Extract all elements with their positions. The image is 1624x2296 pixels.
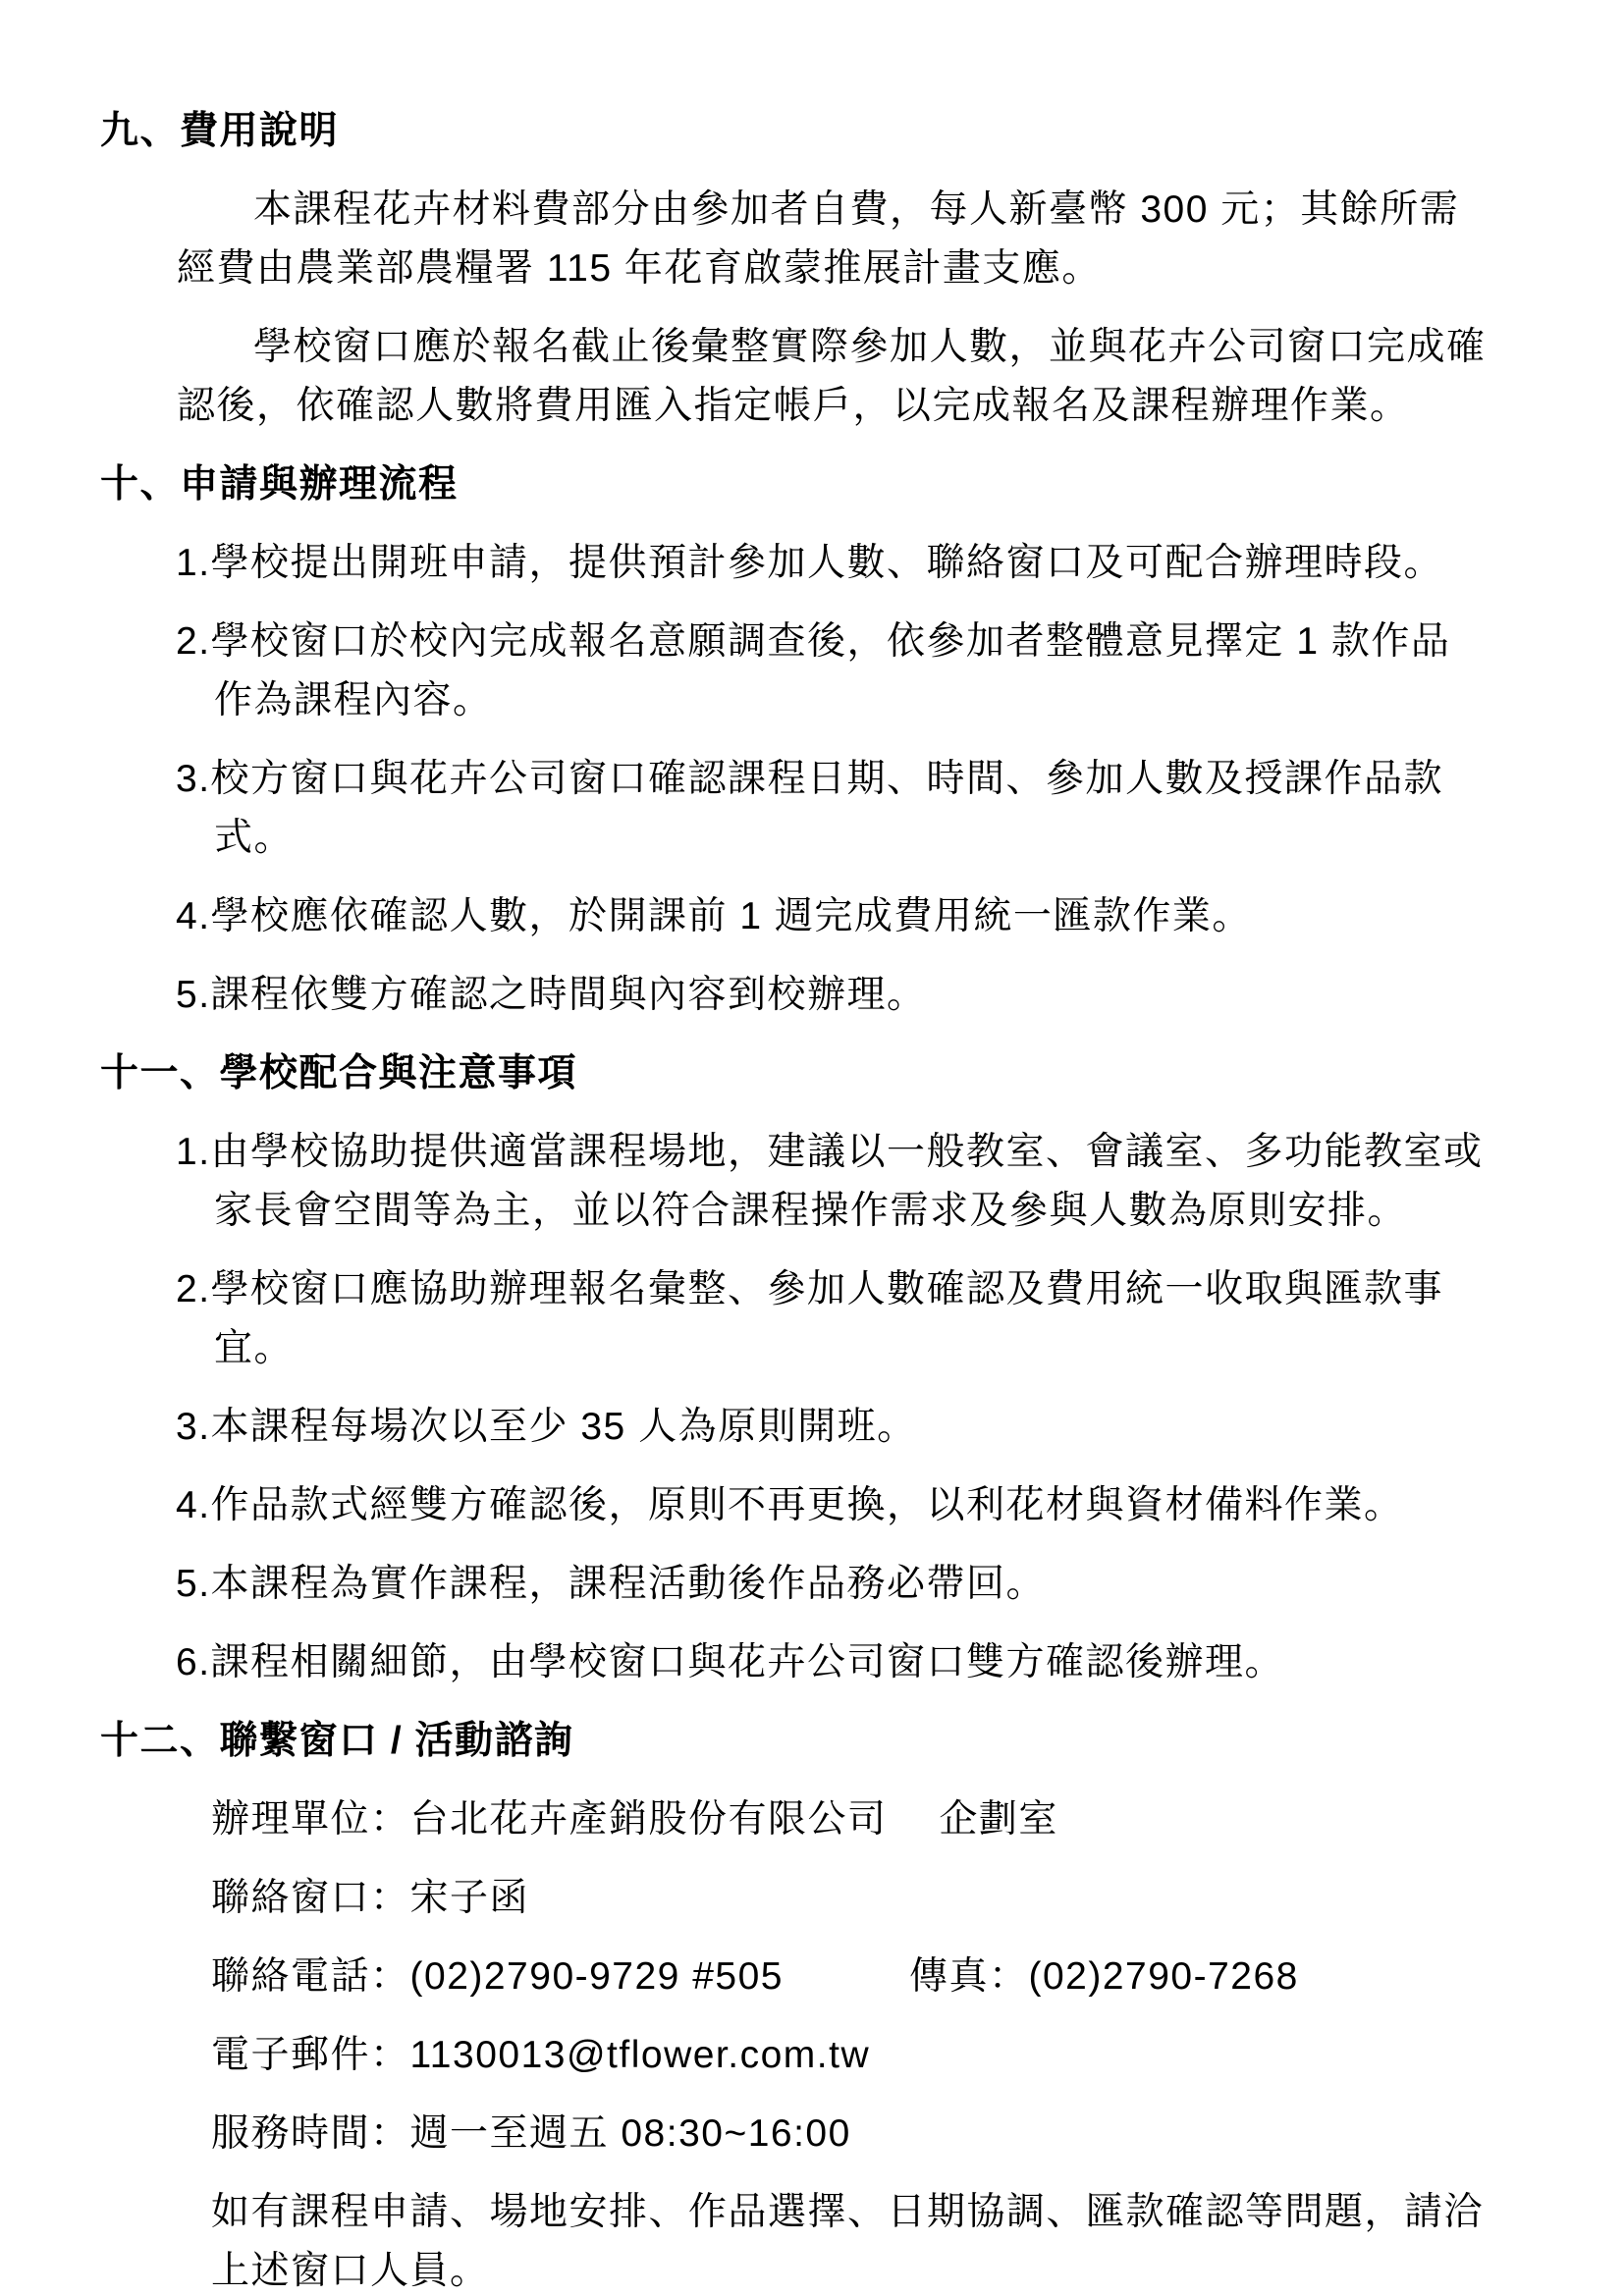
- email-address: 1130013@tflower.com.tw: [410, 2034, 871, 2076]
- list-item-number: 6.: [176, 1641, 211, 1683]
- section-heading: 九、費用說明: [100, 102, 1489, 161]
- section-heading: 十一、學校配合與注意事項: [100, 1044, 1489, 1103]
- contact-label: 聯絡電話：: [211, 1955, 410, 1998]
- section-heading: 十二、聯繫窗口 / 活動諮詢: [100, 1712, 1489, 1771]
- list-item: 6.課程相關細節，由學校窗口與花卉公司窗口雙方確認後辦理。: [176, 1633, 1489, 1692]
- section-fees: 九、費用說明 本課程花卉材料費部分由參加者自費，每人新臺幣 300 元；其餘所需…: [100, 102, 1489, 436]
- list-item-number: 2.: [176, 620, 211, 663]
- list-item: 1.學校提出開班申請，提供預計參加人數、聯絡窗口及可配合辦理時段。: [176, 534, 1489, 593]
- list-item-number: 1.: [176, 542, 211, 584]
- list-item-text: 本課程為實作課程，課程活動後作品務必帶回。: [211, 1563, 1047, 1605]
- section-heading: 十、申請與辦理流程: [100, 455, 1489, 514]
- contact-label: 服務時間：: [211, 2112, 410, 2155]
- list-item: 1.由學校協助提供適當課程場地，建議以一般教室、會議室、多功能教室或家長會空間等…: [176, 1123, 1489, 1241]
- fax-part: 傳真：(02)2790-7268: [909, 1955, 1299, 1998]
- contact-line-phone-fax: 聯絡電話：(02)2790-9729 #505傳真：(02)2790-7268: [211, 1948, 1489, 2006]
- section-school-cooperation: 十一、學校配合與注意事項 1.由學校協助提供適當課程場地，建議以一般教室、會議室…: [100, 1044, 1489, 1692]
- list-item-number: 5.: [176, 1563, 211, 1605]
- list-item: 2.學校窗口於校內完成報名意願調查後，依參加者整體意見擇定 1 款作品作為課程內…: [176, 613, 1489, 730]
- list-item-text: 校方窗口與花卉公司窗口確認課程日期、時間、參加人數及授課作品款式。: [211, 758, 1444, 859]
- list-item-text: 學校窗口應協助辦理報名彙整、參加人數確認及費用統一收取與匯款事宜。: [211, 1268, 1444, 1369]
- list-item-text: 課程依雙方確認之時間與內容到校辦理。: [211, 974, 927, 1016]
- closing-note: 如有課程申請、場地安排、作品選擇、日期協調、匯款確認等問題，請洽上述窗口人員。: [211, 2183, 1489, 2296]
- paragraph: 本課程花卉材料費部分由參加者自費，每人新臺幣 300 元；其餘所需經費由農業部農…: [177, 181, 1489, 298]
- list-item-text: 由學校協助提供適當課程場地，建議以一般教室、會議室、多功能教室或家長會空間等為主…: [211, 1131, 1484, 1232]
- section-contact: 十二、聯繫窗口 / 活動諮詢 辦理單位：台北花卉產銷股份有限公司 企劃室 聯絡窗…: [100, 1712, 1489, 2296]
- document-page: 九、費用說明 本課程花卉材料費部分由參加者自費，每人新臺幣 300 元；其餘所需…: [0, 0, 1624, 2296]
- contact-value: 宋子函: [410, 1877, 530, 1919]
- list-item-text: 學校窗口於校內完成報名意願調查後，依參加者整體意見擇定 1 款作品作為課程內容。: [211, 620, 1451, 721]
- list-item: 4.作品款式經雙方確認後，原則不再更換，以利花材與資材備料作業。: [176, 1476, 1489, 1535]
- phone-number: (02)2790-9729 #505: [410, 1955, 784, 1998]
- list-item-number: 1.: [176, 1131, 211, 1173]
- contact-label: 聯絡窗口：: [211, 1877, 410, 1919]
- contact-label: 傳真：: [909, 1955, 1029, 1998]
- list-item: 5.本課程為實作課程，課程活動後作品務必帶回。: [176, 1555, 1489, 1614]
- paragraph: 學校窗口應於報名截止後彙整實際參加人數，並與花卉公司窗口完成確認後，依確認人數將…: [177, 318, 1489, 436]
- list-item-text: 學校提出開班申請，提供預計參加人數、聯絡窗口及可配合辦理時段。: [211, 542, 1444, 584]
- section-application-process: 十、申請與辦理流程 1.學校提出開班申請，提供預計參加人數、聯絡窗口及可配合辦理…: [100, 455, 1489, 1025]
- list-item-text: 課程相關細節，由學校窗口與花卉公司窗口雙方確認後辦理。: [211, 1641, 1285, 1683]
- list-item-number: 3.: [176, 1406, 211, 1448]
- contact-label: 電子郵件：: [211, 2034, 410, 2076]
- list-item-text: 學校應依確認人數，於開課前 1 週完成費用統一匯款作業。: [211, 895, 1252, 937]
- list-item-number: 4.: [176, 1484, 211, 1526]
- list-item: 3.校方窗口與花卉公司窗口確認課程日期、時間、參加人數及授課作品款式。: [176, 750, 1489, 868]
- contact-value: 週一至週五 08:30~16:00: [410, 2112, 851, 2155]
- list-item-number: 4.: [176, 895, 211, 937]
- list-item-text: 本課程每場次以至少 35 人為原則開班。: [211, 1406, 917, 1448]
- list-item: 3.本課程每場次以至少 35 人為原則開班。: [176, 1398, 1489, 1457]
- fax-number: (02)2790-7268: [1029, 1955, 1299, 1998]
- contact-label: 辦理單位：: [211, 1798, 410, 1841]
- list-item: 2.學校窗口應協助辦理報名彙整、參加人數確認及費用統一收取與匯款事宜。: [176, 1260, 1489, 1378]
- contact-value: 台北花卉產銷股份有限公司 企劃室: [410, 1798, 1058, 1841]
- list-item-number: 5.: [176, 974, 211, 1016]
- list-item-number: 3.: [176, 758, 211, 800]
- contact-line-organizer: 辦理單位：台北花卉產銷股份有限公司 企劃室: [211, 1790, 1489, 1849]
- contact-line-email: 電子郵件：1130013@tflower.com.tw: [211, 2026, 1489, 2085]
- contact-line-hours: 服務時間：週一至週五 08:30~16:00: [211, 2105, 1489, 2163]
- list-item: 4.學校應依確認人數，於開課前 1 週完成費用統一匯款作業。: [176, 887, 1489, 946]
- contact-line-person: 聯絡窗口：宋子函: [211, 1869, 1489, 1928]
- list-item-text: 作品款式經雙方確認後，原則不再更換，以利花材與資材備料作業。: [211, 1484, 1404, 1526]
- list-item: 5.課程依雙方確認之時間與內容到校辦理。: [176, 966, 1489, 1025]
- list-item-number: 2.: [176, 1268, 211, 1310]
